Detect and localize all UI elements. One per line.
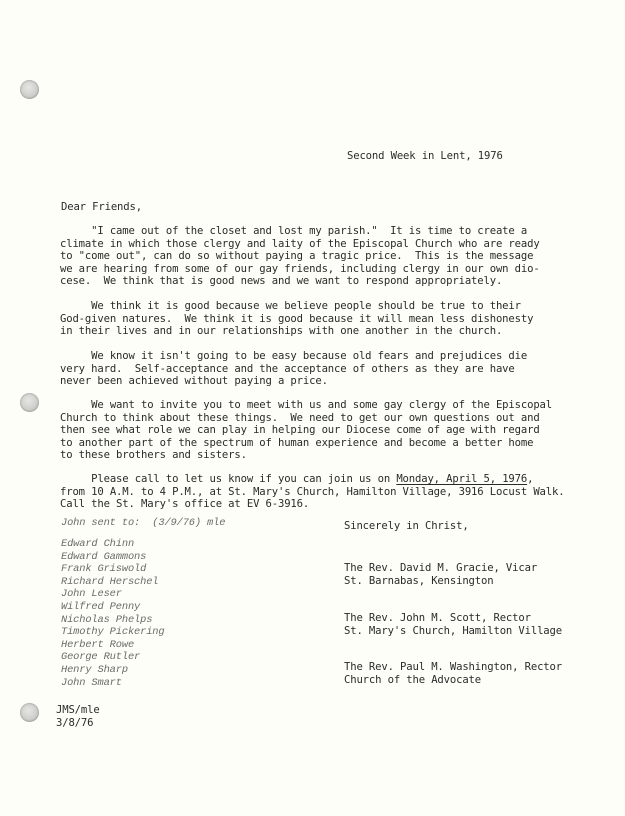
paragraph-line: We want to invite you to meet with us an… <box>60 399 580 412</box>
paragraph-3: We know it isn't going to be easy becaus… <box>60 350 580 388</box>
recipient: Richard Herschel <box>61 576 164 589</box>
paragraph-line: we are hearing from some of our gay frie… <box>60 263 580 276</box>
signatory-name: The Rev. Paul M. Washington, Rector <box>344 661 562 674</box>
invitation-suffix: , <box>527 473 533 485</box>
meeting-date: Monday, April 5, 1976 <box>396 473 527 485</box>
recipient: Herbert Rowe <box>61 639 164 652</box>
signatory-name: The Rev. David M. Gracie, Vicar <box>344 562 537 575</box>
paragraph-line: in their lives and in our relationships … <box>60 325 580 338</box>
date-line: Second Week in Lent, 1976 <box>347 150 503 163</box>
paragraph-1: "I came out of the closet and lost my pa… <box>60 225 580 288</box>
recipient: Edward Chinn <box>61 538 164 551</box>
reference-initials: JMS/mle <box>56 704 100 717</box>
invitation-line-1: Please call to let us know if you can jo… <box>60 473 580 486</box>
paragraph-line: to "come out", can do so without paying … <box>60 250 580 263</box>
paragraph-line: God-given natures. We think it is good b… <box>60 313 580 326</box>
binder-hole-bottom <box>20 703 39 722</box>
paragraph-line: very hard. Self-acceptance and the accep… <box>60 363 580 376</box>
paragraph-line: to these brothers and sisters. <box>60 449 580 462</box>
paragraph-2: We think it is good because we believe p… <box>60 300 580 338</box>
invitation-line-3: Call the St. Mary's office at EV 6-3916. <box>60 498 580 511</box>
paragraph-line: Church to think about these things. We n… <box>60 412 580 425</box>
recipient: Edward Gammons <box>61 551 164 564</box>
signatory-church: St. Barnabas, Kensington <box>344 575 537 588</box>
reference-block: JMS/mle 3/8/76 <box>56 704 100 729</box>
recipient: Henry Sharp <box>61 664 164 677</box>
binder-hole-top <box>20 80 39 99</box>
reference-date: 3/8/76 <box>56 717 100 730</box>
paragraph-line: We think it is good because we believe p… <box>60 300 580 313</box>
paragraph-line: never been achieved without paying a pri… <box>60 375 580 388</box>
recipient: George Rutler <box>61 651 164 664</box>
sent-note: John sent to: (3/9/76) mle <box>61 517 225 530</box>
recipient: John Leser <box>61 588 164 601</box>
invitation-line-2: from 10 A.M. to 4 P.M., at St. Mary's Ch… <box>60 486 580 499</box>
signatory-3: The Rev. Paul M. Washington, Rector Chur… <box>344 661 562 686</box>
invitation-paragraph: Please call to let us know if you can jo… <box>60 473 580 511</box>
signatory-1: The Rev. David M. Gracie, Vicar St. Barn… <box>344 562 537 587</box>
closing: Sincerely in Christ, <box>344 520 469 533</box>
recipient: Wilfred Penny <box>61 601 164 614</box>
paragraph-line: then see what role we can play in helpin… <box>60 424 580 437</box>
recipient: Frank Griswold <box>61 563 164 576</box>
paragraph-line: "I came out of the closet and lost my pa… <box>60 225 580 238</box>
paragraph-line: We know it isn't going to be easy becaus… <box>60 350 580 363</box>
paragraph-line: cese. We think that is good news and we … <box>60 275 580 288</box>
signatory-church: Church of the Advocate <box>344 674 562 687</box>
invitation-prefix: Please call to let us know if you can jo… <box>60 473 396 485</box>
paragraph-4: We want to invite you to meet with us an… <box>60 399 580 462</box>
recipient: Timothy Pickering <box>61 626 164 639</box>
recipient: Nicholas Phelps <box>61 614 164 627</box>
salutation: Dear Friends, <box>61 201 142 214</box>
binder-hole-middle <box>20 393 39 412</box>
signatory-church: St. Mary's Church, Hamilton Village <box>344 625 562 638</box>
paragraph-line: climate in which those clergy and laity … <box>60 238 580 251</box>
paragraph-line: to another part of the spectrum of human… <box>60 437 580 450</box>
recipient: John Smart <box>61 677 164 690</box>
recipient-list: Edward Chinn Edward Gammons Frank Griswo… <box>61 538 164 689</box>
signatory-name: The Rev. John M. Scott, Rector <box>344 612 562 625</box>
signatory-2: The Rev. John M. Scott, Rector St. Mary'… <box>344 612 562 637</box>
